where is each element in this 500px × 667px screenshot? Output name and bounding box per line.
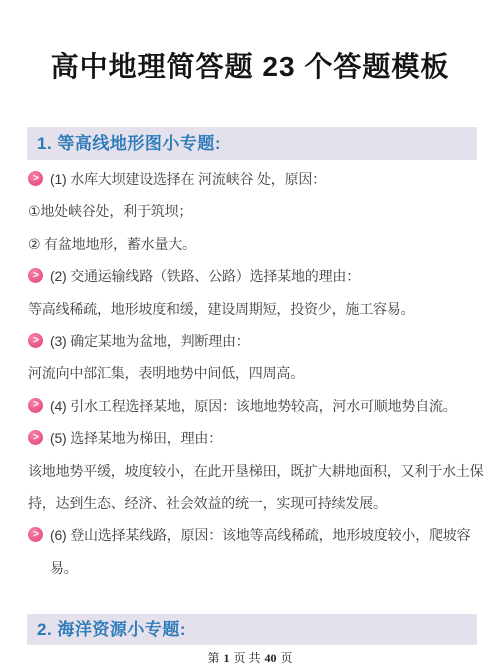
paragraph-line: 河流向中部汇集，表明地势中间低，四周高。 <box>28 357 484 389</box>
footer-label-prefix: 第 <box>207 651 219 665</box>
bullet-point-line-2: > (2) 交通运输线路（铁路、公路）选择某地的理由： <box>28 260 484 292</box>
bullet-point-text: (5) 选择某地为梯田，理由： <box>50 422 222 454</box>
chevron-glyph: > <box>33 400 39 410</box>
chevron-bullet-icon: > <box>28 171 43 186</box>
bullet-point-line-4: > (4) 引水工程选择某地，原因：该地地势较高，河水可顺地势自流。 <box>28 390 484 422</box>
page-title: 高中地理简答题 23 个答题模板 <box>0 0 500 85</box>
footer-total-pages: 40 <box>265 651 277 665</box>
page-number-footer: 第1页 共40页 <box>0 649 500 666</box>
bullet-point-line-3: > (3) 确定某地为盆地，判断理由： <box>28 325 484 357</box>
footer-label-suffix: 页 <box>281 651 293 665</box>
paragraph-line: ② 有盆地地形，蓄水量大。 <box>28 228 484 260</box>
bullet-point-line-5: > (5) 选择某地为梯田，理由： <box>28 422 484 454</box>
bullet-point-text: (2) 交通运输线路（铁路、公路）选择某地的理由： <box>50 260 360 292</box>
bullet-point-text: (1) 水库大坝建设选择在 河流峡谷 处，原因： <box>50 163 326 195</box>
footer-current-page: 1 <box>223 651 229 665</box>
chevron-bullet-icon: > <box>28 527 43 542</box>
chevron-bullet-icon: > <box>28 398 43 413</box>
paragraph-line: ①地处峡谷处，利于筑坝； <box>28 195 484 227</box>
chevron-bullet-icon: > <box>28 268 43 283</box>
bullet-point-text: (3) 确定某地为盆地，判断理由： <box>50 325 250 357</box>
section-heading-1: 1. 等高线地形图小专题: <box>27 127 477 160</box>
bullet-point-line-1: > (1) 水库大坝建设选择在 河流峡谷 处，原因： <box>28 163 484 195</box>
paragraph-line: 该地地势平缓，坡度较小，在此开垦梯田，既扩大耕地面积，又利于水土保持，达到生态、… <box>28 455 484 520</box>
bullet-point-text: (6) 登山选择某线路，原因：该地等高线稀疏，地形坡度较小，爬坡容易。 <box>50 519 484 584</box>
document-page: 高中地理简答题 23 个答题模板 1. 等高线地形图小专题: > (1) 水库大… <box>0 0 500 667</box>
chevron-bullet-icon: > <box>28 333 43 348</box>
paragraph-line: 等高线稀疏，地形坡度和缓，建设周期短，投资少，施工容易。 <box>28 293 484 325</box>
chevron-glyph: > <box>33 336 39 346</box>
footer-label-middle: 页 共 <box>233 651 260 665</box>
section-1-content: > (1) 水库大坝建设选择在 河流峡谷 处，原因： ①地处峡谷处，利于筑坝； … <box>28 163 484 584</box>
chevron-bullet-icon: > <box>28 430 43 445</box>
section-heading-2: 2. 海洋资源小专题: <box>27 614 477 645</box>
chevron-glyph: > <box>33 530 39 540</box>
bullet-point-line-6: > (6) 登山选择某线路，原因：该地等高线稀疏，地形坡度较小，爬坡容易。 <box>28 519 484 584</box>
bullet-point-text: (4) 引水工程选择某地，原因：该地地势较高，河水可顺地势自流。 <box>50 390 457 422</box>
chevron-glyph: > <box>33 271 39 281</box>
chevron-glyph: > <box>33 174 39 184</box>
chevron-glyph: > <box>33 433 39 443</box>
